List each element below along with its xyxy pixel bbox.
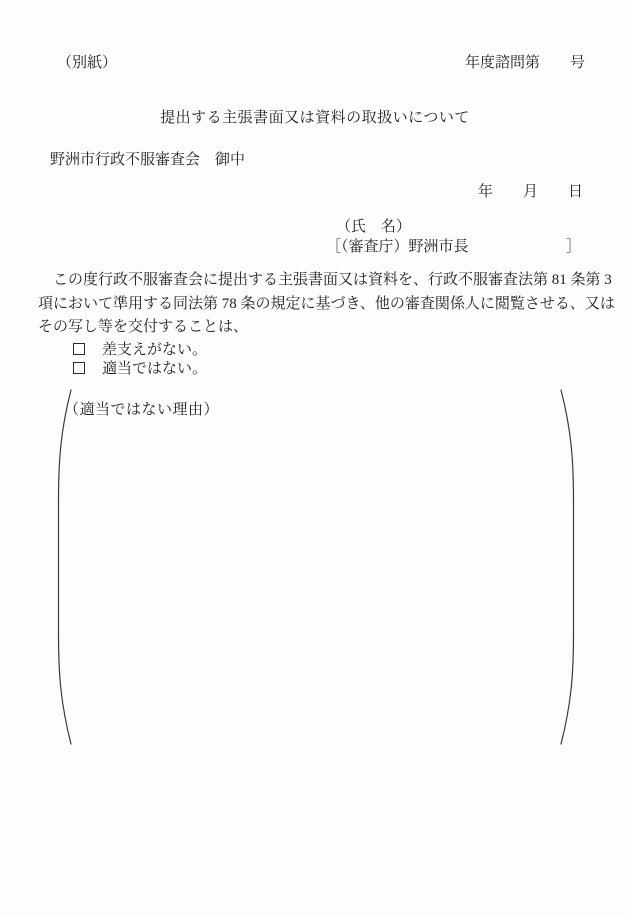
option-row-no-objection: 差支えがない。 [73, 339, 207, 358]
attachment-label: （別紙） [57, 51, 117, 72]
option-label: 適当ではない。 [102, 357, 207, 378]
case-number-label: 年度諮問第 号 [465, 51, 585, 72]
body-line: その写し等を交付することは、 [38, 316, 615, 340]
option-row-not-appropriate: 適当ではない。 [73, 358, 207, 377]
date-placeholder: 年 月 日 [478, 180, 583, 201]
body-paragraph: この度行政不服審査会に提出する主張書面又は資料を、行政不服審査法第 81 条第 … [38, 269, 615, 340]
addressee-line: 野洲市行政不服審査会 御中 [50, 148, 245, 169]
page-title: 提出する主張書面又は資料の取扱いについて [0, 106, 630, 127]
document-page: （別紙） 年度諮問第 号 提出する主張書面又は資料の取扱いについて 野洲市行政不… [0, 0, 630, 915]
reason-fill-in-area[interactable]: （適当ではない理由） [70, 392, 562, 742]
review-agency-label: ［（審査庁）野洲市長 [326, 235, 469, 256]
body-line: この度行政不服審査会に提出する主張書面又は資料を、行政不服審査法第 81 条第 … [38, 269, 615, 293]
reason-section-label: （適当ではない理由） [64, 398, 219, 419]
checkbox-not-appropriate[interactable] [73, 362, 85, 374]
name-field-label: （氏 名） [336, 215, 411, 236]
review-agency-bracket-close: ］ [566, 235, 581, 256]
checkbox-no-objection[interactable] [73, 343, 85, 355]
option-label: 差支えがない。 [102, 338, 207, 359]
body-line: 項において準用する同法第 78 条の規定に基づき、他の審査関係人に閲覧させる、又… [38, 293, 615, 317]
